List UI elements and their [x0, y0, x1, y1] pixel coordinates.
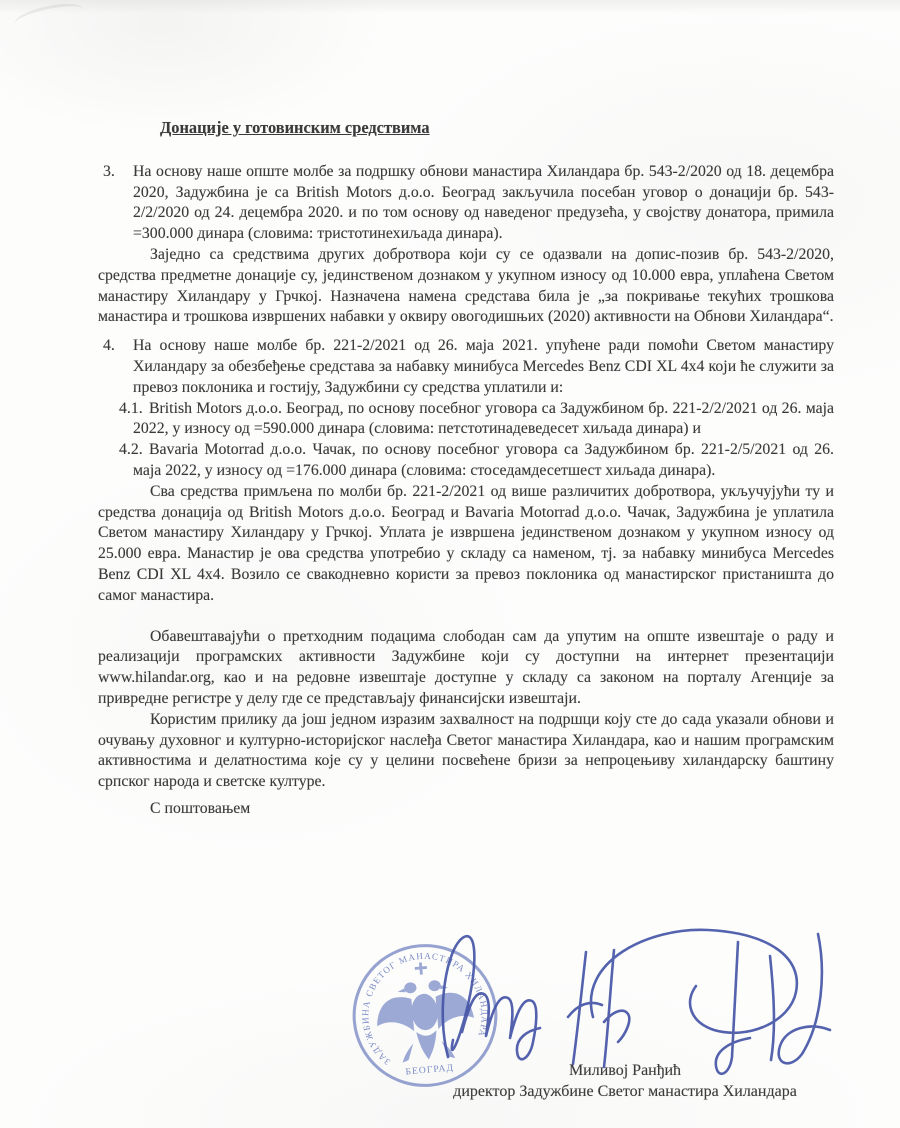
salutation: С поштовањем: [98, 799, 834, 820]
scan-smudge: [13, 0, 86, 34]
signature-block: Миливој Ранђић директор Задужбине Светог…: [400, 1060, 850, 1102]
closing-paragraph-1: Обавештавајући о претходним подацима сло…: [98, 627, 834, 710]
numbered-item-4: 4.На основу наше молбе бр. 221-2/2021 од…: [98, 336, 834, 398]
item-4-number: 4.: [103, 336, 133, 357]
subitem-4-2-text: Bavaria Motorrad д.о.о. Чачак, по основу…: [133, 441, 834, 479]
item-3-text: На основу наше опште молбе за подршку об…: [133, 163, 834, 242]
closing-paragraph-2: Користим прилику да још једном изразим з…: [98, 710, 834, 793]
subitem-4-1-number: 4.1.: [119, 399, 149, 420]
item-3-paragraph-2: Заједно са средствима других добротвора …: [98, 245, 834, 328]
subitem-4-2: 4.2.Bavaria Motorrad д.о.о. Чачак, по ос…: [98, 440, 834, 482]
subitem-4-1: 4.1.British Motors д.о.о. Београд, по ос…: [98, 399, 834, 441]
subitem-4-2-number: 4.2.: [119, 440, 149, 461]
subitem-4-1-text: British Motors д.о.о. Београд, по основу…: [133, 400, 834, 438]
signer-title: директор Задужбине Светог манастира Хила…: [400, 1081, 850, 1102]
item-4-summary-paragraph: Сва средства примљена по молби бр. 221-2…: [98, 482, 834, 607]
signer-name: Миливој Ранђић: [400, 1060, 850, 1081]
scanned-letter-page: Донације у готовинским средствима 3.На о…: [0, 0, 900, 1128]
item-4-text: На основу наше молбе бр. 221-2/2021 од 2…: [133, 337, 834, 396]
item-3-number: 3.: [103, 162, 133, 183]
numbered-item-3: 3.На основу наше опште молбе за подршку …: [98, 162, 834, 245]
section-heading: Донације у готовинским средствима: [160, 118, 834, 139]
letter-body: Донације у готовинским средствима 3.На о…: [98, 118, 834, 820]
